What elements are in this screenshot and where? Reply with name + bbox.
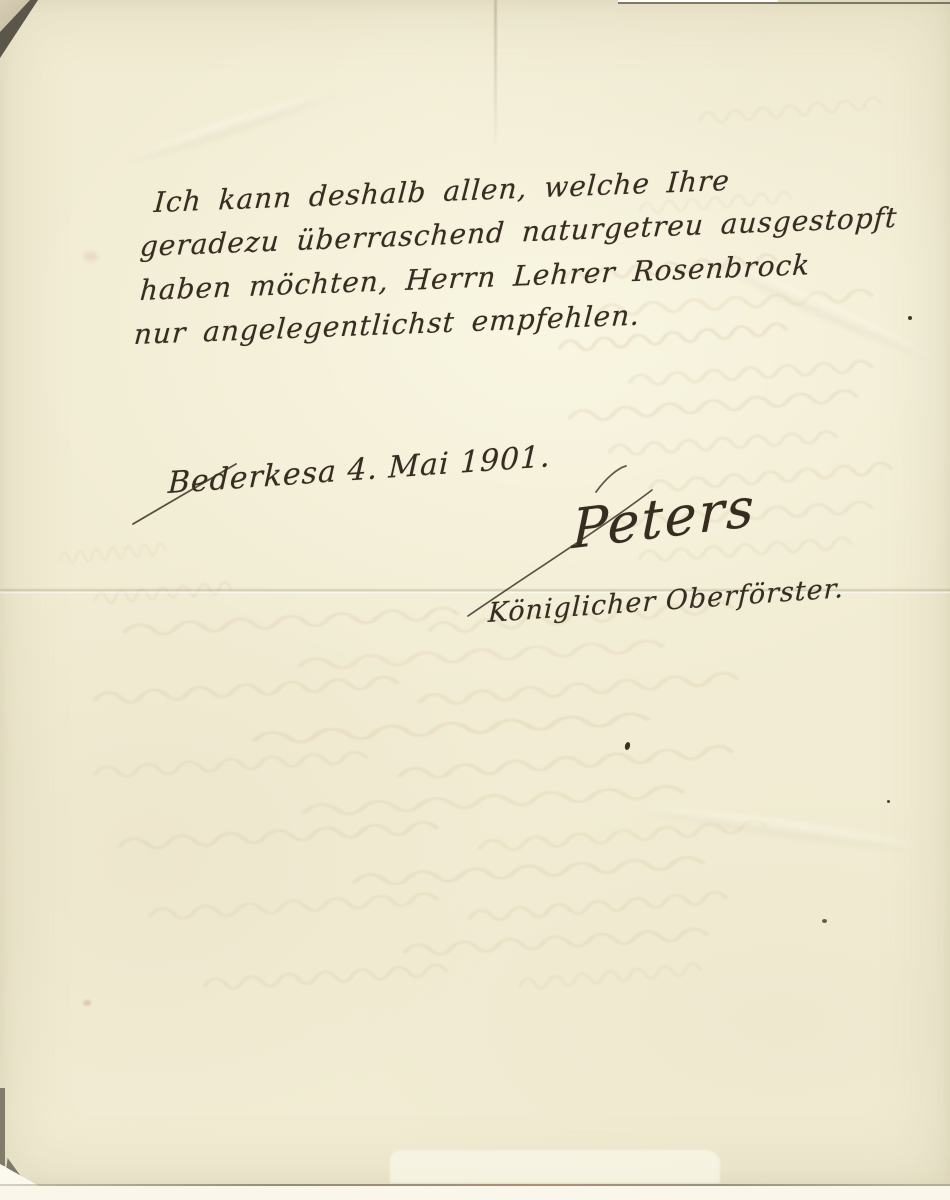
paper-stain [84, 252, 98, 261]
dateline: Bederkesa 4. Mai 1901. [167, 439, 551, 501]
signature-cap-flourish [596, 466, 626, 492]
signature: Peters [571, 475, 756, 561]
signature-title: Königlicher Oberförster. [487, 573, 844, 629]
letter-body-line: nur angelegentlichst empfehlen. [133, 299, 641, 352]
ink-speck [887, 800, 890, 803]
paper-stain [83, 1000, 91, 1006]
vertical-fold-crease [494, 0, 497, 150]
ink-speck [908, 316, 912, 320]
ink-speck [624, 741, 631, 750]
scan-background-strip [0, 1186, 950, 1200]
letter-paper: Ich kann deshalb allen, welche Ihre gera… [0, 0, 950, 1186]
paper-left-edge [0, 1088, 5, 1166]
paper-highlight [390, 1150, 720, 1183]
paper-wrinkle [640, 801, 920, 856]
paper-wrinkle [123, 86, 337, 167]
ink-speck [822, 919, 827, 923]
paper-top-edge [618, 2, 950, 4]
